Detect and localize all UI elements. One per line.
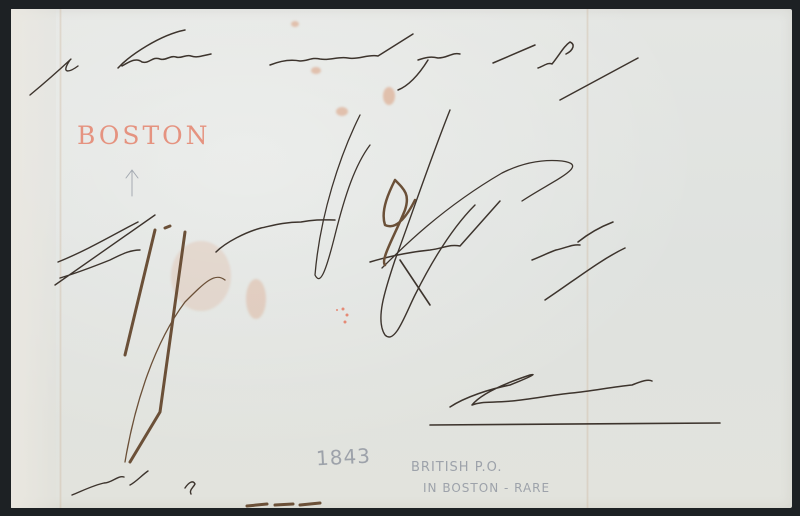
foxing-stain bbox=[311, 67, 321, 74]
pencil-note-line1: BRITISH P.O. bbox=[411, 460, 503, 475]
fold-crease bbox=[59, 9, 62, 508]
fold-crease bbox=[586, 9, 589, 508]
boston-postmark: BOSTON bbox=[77, 121, 211, 150]
foxing-stain bbox=[171, 241, 231, 311]
pencil-year: 1843 bbox=[315, 444, 371, 471]
folded-letter: BOSTON 1843 BRITISH P.O. IN BOSTON - RAR… bbox=[11, 9, 792, 508]
pencil-note-line2: IN BOSTON - RARE bbox=[423, 481, 550, 495]
foxing-stain bbox=[291, 21, 299, 27]
foxing-stain bbox=[246, 279, 266, 319]
foxing-stain bbox=[336, 107, 348, 116]
fold-edge bbox=[11, 9, 56, 508]
foxing-stain bbox=[383, 87, 395, 105]
